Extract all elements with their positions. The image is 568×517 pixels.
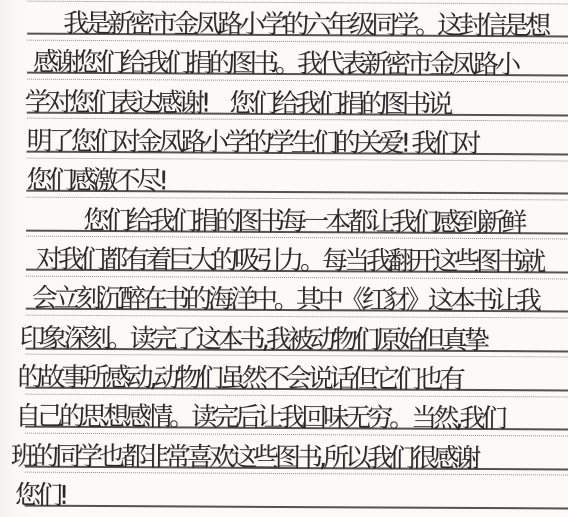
ruled-line: 您们给我们捐的图书每一本都让我们感到新鲜: [26, 197, 568, 234]
handwriting-text-line: 的故事所感动,动物们虽然不会说话但它们也有: [17, 365, 461, 393]
ruled-line: 我是新密市金凤路小学的六年级同学。这封信是想: [27, 0, 568, 37]
ruled-line: 学对您们表达感谢! 您们给我们捐的图书说: [27, 79, 568, 116]
handwriting-text-line: 自己的思想感情。读完后让我回味无穷。当然,我们: [15, 404, 503, 433]
ruled-line: 班的同学也都非常喜欢这些图书,所以我们很感谢: [25, 433, 568, 470]
handwriting-text-line: 您们!: [15, 483, 66, 509]
handwriting-text-line: 感谢您们给我们捐的图书。我代表新密市金凤路小: [33, 50, 517, 79]
ruled-line: 明了您们对金凤路小学的学生们的关爱! 我们对: [27, 118, 568, 155]
handwriting-text-line: 对我们都有着巨大的吸引力。每当我翻开这些图书就: [36, 247, 542, 276]
ruled-line: 的故事所感动,动物们虽然不会说话但它们也有: [25, 354, 568, 391]
ruled-line: 会立刻沉醉在书的海洋中。其中《红豺》这本书让我: [26, 275, 568, 312]
ruled-line: 您们!: [25, 472, 568, 509]
handwriting-text-line: 明了您们对金凤路小学的学生们的关爱! 我们对: [27, 129, 478, 157]
handwriting-text-line: 您们感激不尽!: [26, 168, 165, 195]
letter-paper: 我是新密市金凤路小学的六年级同学。这封信是想感谢您们给我们捐的图书。我代表新密市…: [0, 0, 568, 517]
handwriting-text-line: 学对您们表达感谢! 您们给我们捐的图书说: [25, 89, 450, 117]
ruling-and-text-layer: 我是新密市金凤路小学的六年级同学。这封信是想感谢您们给我们捐的图书。我代表新密市…: [0, 0, 568, 517]
ruled-line: 感谢您们给我们捐的图书。我代表新密市金凤路小: [27, 39, 568, 76]
ruled-line: 您们感激不尽!: [26, 157, 568, 194]
ruled-line: 自己的思想感情。读完后让我回味无穷。当然,我们: [25, 393, 568, 430]
handwriting-text-line: 您们给我们捐的图书每一本都让我们感到新鲜: [83, 208, 523, 236]
handwriting-text-line: 印象深刻。读完了这本书,我被动物们原始但真挚: [20, 325, 486, 353]
handwriting-text-line: 班的同学也都非常喜欢这些图书,所以我们很感谢: [11, 443, 477, 471]
ruled-line: 印象深刻。读完了这本书,我被动物们原始但真挚: [26, 315, 568, 352]
handwriting-text-line: 我是新密市金凤路小学的六年级同学。这封信是想: [63, 11, 547, 40]
handwriting-text-line: 会立刻沉醉在书的海洋中。其中《红豺》这本书让我: [32, 286, 538, 315]
ruled-line: 对我们都有着巨大的吸引力。每当我翻开这些图书就: [26, 236, 568, 273]
